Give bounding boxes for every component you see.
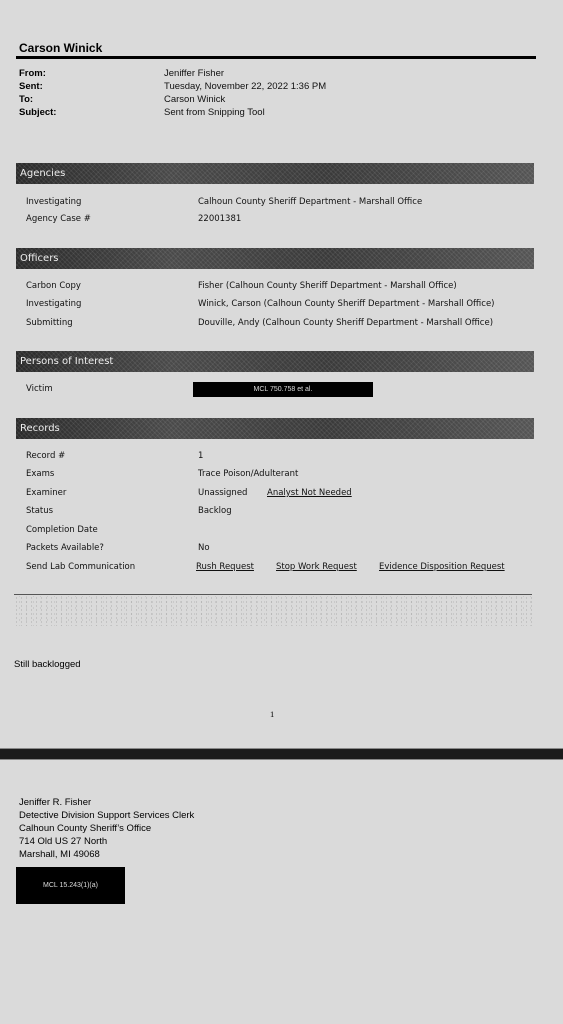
status-label: Status — [26, 506, 53, 516]
status-value: Backlog — [198, 506, 232, 516]
page-break-divider — [0, 748, 563, 760]
victim-label: Victim — [26, 384, 53, 394]
agencies-section-header: Agencies — [16, 163, 534, 184]
records-section-header: Records — [16, 418, 534, 439]
officer-submitting-label: Submitting — [26, 318, 73, 328]
examiner-value: Unassigned — [198, 488, 247, 498]
to-label: To: — [19, 94, 33, 105]
sent-value: Tuesday, November 22, 2022 1:36 PM — [164, 81, 326, 92]
signature-street: 714 Old US 27 North — [19, 836, 107, 847]
packets-value: No — [198, 543, 210, 553]
stop-work-request-link[interactable]: Stop Work Request — [276, 562, 357, 572]
packets-label: Packets Available? — [26, 543, 104, 553]
analyst-not-needed-link[interactable]: Analyst Not Needed — [267, 488, 352, 498]
signature-name: Jeniffer R. Fisher — [19, 797, 91, 808]
exams-value: Trace Poison/Adulterant — [198, 469, 298, 479]
officer-investigating-value: Winick, Carson (Calhoun County Sheriff D… — [198, 299, 495, 309]
agency-case-label: Agency Case # — [26, 214, 91, 224]
rush-request-link[interactable]: Rush Request — [196, 562, 254, 572]
persons-section-header: Persons of Interest — [16, 351, 534, 372]
subject-value: Sent from Snipping Tool — [164, 107, 265, 118]
email-title: Carson Winick — [19, 41, 102, 55]
signature-redaction: MCL 15.243(1)(a) — [16, 867, 125, 904]
page-number: 1 — [270, 709, 274, 719]
signature-office: Calhoun County Sheriff’s Office — [19, 823, 151, 834]
lab-comm-label: Send Lab Communication — [26, 562, 135, 572]
signature-title: Detective Division Support Services Cler… — [19, 810, 194, 821]
scan-noise — [14, 596, 532, 626]
officers-section-header: Officers — [16, 248, 534, 269]
sent-label: Sent: — [19, 81, 43, 92]
examiner-label: Examiner — [26, 488, 66, 498]
victim-redaction: MCL 750.758 et al. — [193, 382, 373, 397]
record-number-label: Record # — [26, 451, 65, 461]
snip-edge-divider — [14, 594, 532, 595]
from-label: From: — [19, 68, 46, 79]
subject-label: Subject: — [19, 107, 56, 118]
evidence-disposition-request-link[interactable]: Evidence Disposition Request — [379, 562, 505, 572]
to-value: Carson Winick — [164, 94, 225, 105]
agency-case-value: 22001381 — [198, 214, 241, 224]
completion-date-label: Completion Date — [26, 525, 98, 535]
signature-city: Marshall, MI 49068 — [19, 849, 100, 860]
officer-submitting-value: Douville, Andy (Calhoun County Sheriff D… — [198, 318, 493, 328]
officer-investigating-label: Investigating — [26, 299, 81, 309]
from-value: Jeniffer Fisher — [164, 68, 224, 79]
agency-investigating-value: Calhoun County Sheriff Department - Mars… — [198, 197, 422, 207]
officer-cc-label: Carbon Copy — [26, 281, 81, 291]
exams-label: Exams — [26, 469, 54, 479]
record-number-value: 1 — [198, 451, 203, 461]
agency-investigating-label: Investigating — [26, 197, 81, 207]
title-divider — [16, 56, 536, 59]
email-body-text: Still backlogged — [14, 659, 81, 670]
officer-cc-value: Fisher (Calhoun County Sheriff Departmen… — [198, 281, 457, 291]
